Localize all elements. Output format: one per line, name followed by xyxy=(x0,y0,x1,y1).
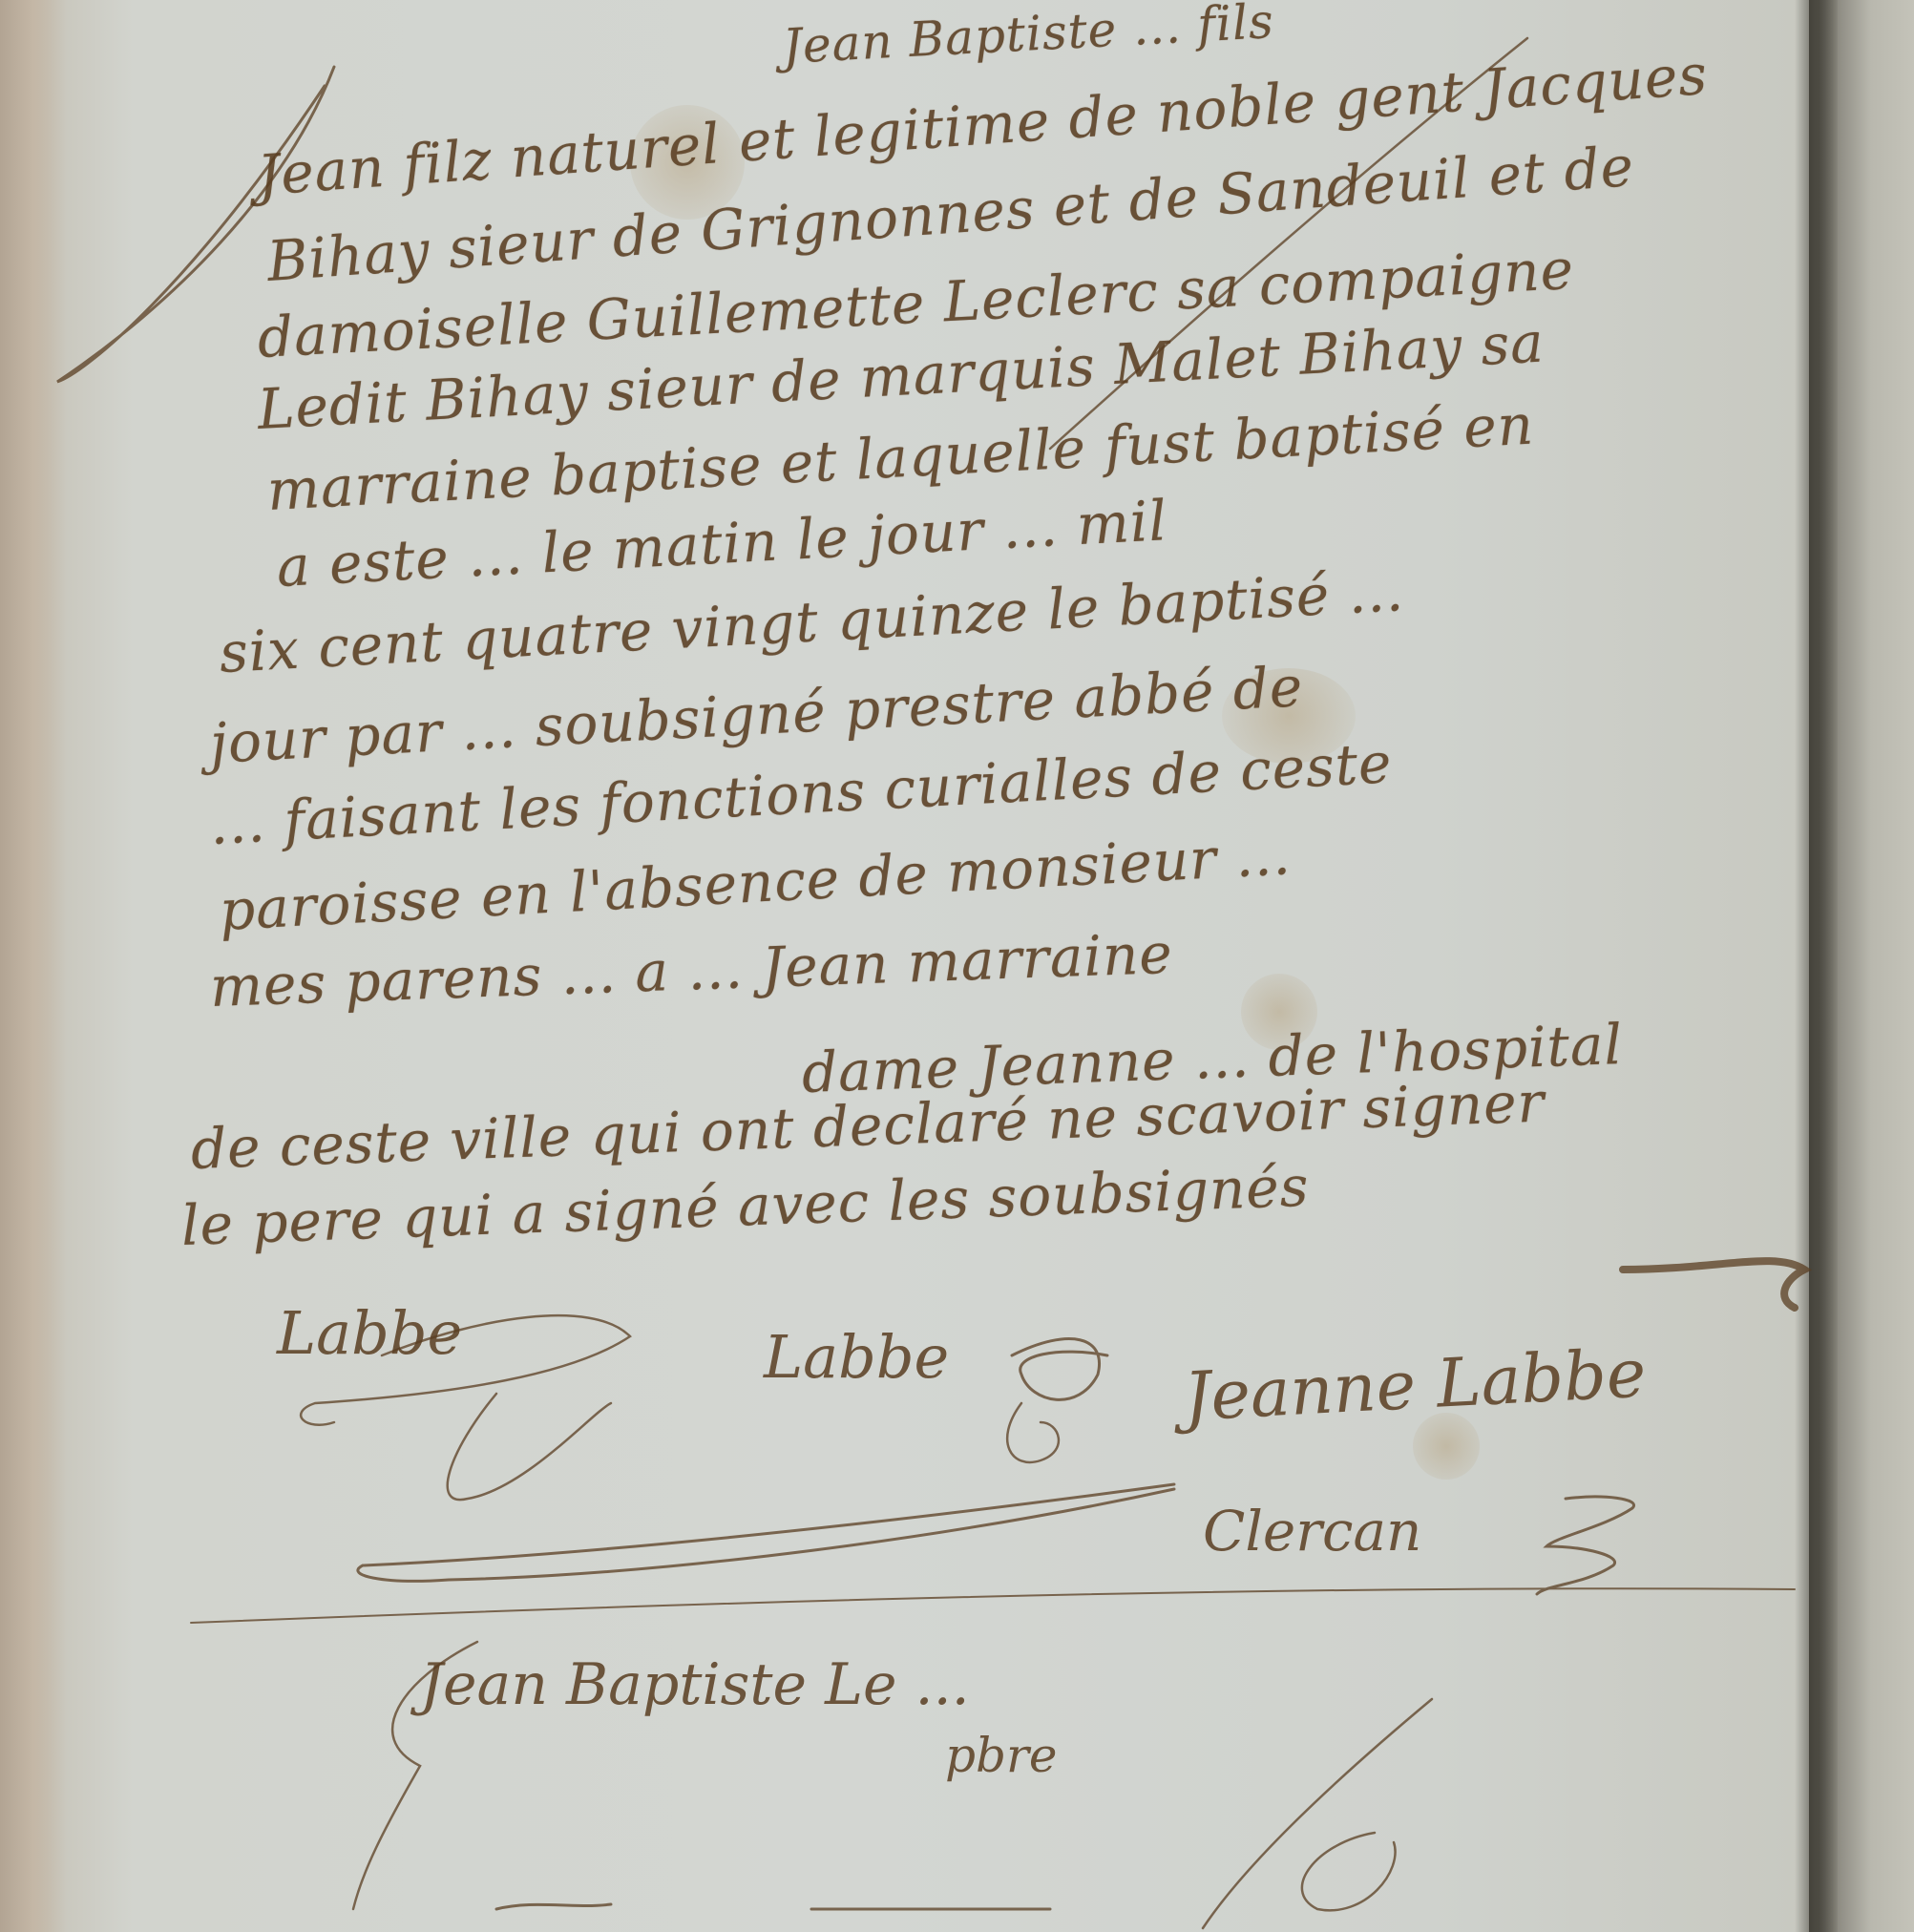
book-gutter-shadow xyxy=(1809,0,1838,1932)
signature-jeanne-labbe: Jeanne Labbe xyxy=(1182,1333,1648,1436)
signature-pbre: pbre xyxy=(945,1728,1058,1783)
signature-labbe-left: Labbe xyxy=(277,1298,462,1368)
header-heading: Jean Baptiste ... fils xyxy=(781,0,1274,74)
signature-jean-baptiste: Jean Baptiste Le ... xyxy=(420,1651,970,1718)
left-edge-stain xyxy=(0,0,67,1932)
signature-labbe-center: Labbe xyxy=(764,1322,949,1392)
manuscript-photo: Jean Baptiste ... fils Jean filz naturel… xyxy=(0,0,1914,1932)
signature-clercan: Clercan xyxy=(1203,1499,1421,1564)
